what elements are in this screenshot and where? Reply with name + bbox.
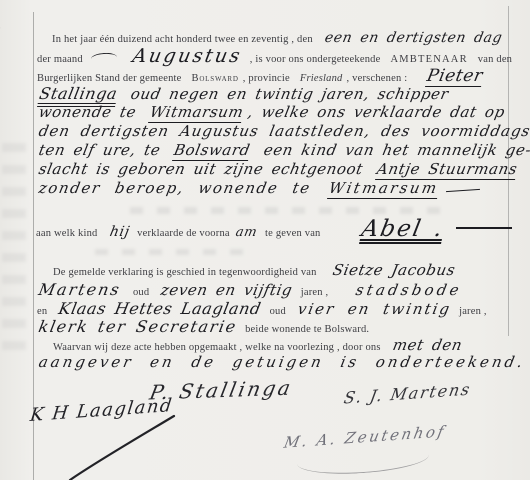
signature-flourish-stroke	[62, 404, 182, 480]
scanned-birth-record: In het jaar één duizend acht honderd twe…	[0, 0, 530, 480]
act-line-mother-residence: zonder beroep, wonende te Witmarsum	[37, 179, 480, 199]
printed-text: en	[37, 306, 47, 317]
handwritten-child-name: Abel .	[359, 220, 446, 244]
handwritten-witness2-name: Klaas Hettes Laagland	[57, 299, 263, 318]
printed-text: van den	[478, 54, 512, 65]
act-line-childname: aan welk kind hij verklaarde de voorna a…	[36, 220, 512, 244]
handwritten-day: een en dertigsten dag	[323, 29, 504, 48]
handwritten-text: wonende te	[37, 103, 138, 122]
act-line-birthdate: den dertigsten Augustus laatstleden, des…	[37, 122, 529, 141]
printed-ambtenaar: AMBTENAAR	[390, 54, 467, 65]
printed-text: , verschenen :	[347, 73, 408, 84]
act-line-residence: wonende te Witmarsum , welke ons verklaa…	[37, 103, 503, 123]
printed-text: , is voor ons ondergeteekende	[250, 54, 381, 65]
printed-text: verklaarde de voorna	[137, 228, 230, 239]
printed-text: jaren ,	[459, 306, 487, 317]
handwritten-witness1-age: zeven en vijftig	[159, 281, 294, 300]
handwritten-witness1-surname: Martens	[37, 280, 123, 299]
signature-witness1: S. J. Martens	[342, 379, 472, 407]
handwritten-text: een kind van het mannelijk ge-	[262, 141, 530, 160]
handwritten-month: Augustus	[131, 47, 244, 66]
bleedthrough-row-1	[130, 207, 450, 214]
bleedthrough-row-2	[95, 249, 245, 255]
handwritten-place: Witmarsum	[148, 103, 245, 123]
printed-text: , provincie	[243, 73, 290, 84]
printed-text: Burgerlijken Stand der gemeente	[37, 73, 182, 84]
printed-text: In het jaar één duizend acht honderd twe…	[52, 34, 313, 45]
act-line-witness-intro: De gemelde verklaring is geschied in teg…	[37, 261, 453, 282]
handwritten-text: zonder beroep, wonende te	[37, 179, 313, 198]
act-line-birthplace: ten elf ure, te Bolsward een kind van he…	[37, 141, 530, 161]
printed-text: oud	[270, 306, 286, 317]
printed-text: oud	[133, 287, 149, 298]
handwritten-place: Witmarsum	[327, 179, 440, 199]
pen-dash	[456, 227, 512, 229]
act-line-mother: slacht is geboren uit zijne echtgenoot A…	[37, 160, 515, 180]
handwritten-age-profession: oud negen en twintig jaren, schipper	[129, 85, 450, 104]
handwritten-text: hij	[108, 223, 131, 242]
handwritten-text: ten elf ure, te	[37, 141, 162, 160]
act-line-year: In het jaar één duizend acht honderd twe…	[52, 28, 500, 49]
handwritten-text: aangever en de getuigen is onderteekend.	[37, 353, 527, 372]
printed-text: Waarvan wij deze acte hebben opgemaakt ,…	[53, 342, 381, 353]
printed-text: De gemelde verklaring is geschied in teg…	[53, 267, 317, 278]
handwritten-mother-name: Antje Stuurmans	[375, 160, 519, 180]
act-line-closing-2: aangever en de getuigen is onderteekend.	[37, 353, 523, 372]
printed-text: aan welk kind	[36, 228, 98, 239]
printed-bolsward: Bolsward	[192, 73, 239, 84]
handwritten-text: am	[234, 223, 259, 242]
handwritten-witness1-firstnames: Sietze Jacobus	[331, 261, 457, 280]
handwritten-witness1-profession: stadsbode	[354, 281, 464, 300]
handwritten-text: , welke ons verklaarde dat op	[246, 103, 507, 122]
scan-edge-blemish	[0, 23, 11, 51]
pen-swash	[91, 52, 118, 64]
pen-tail-stroke	[446, 189, 480, 192]
bleedthrough-left-margin	[2, 140, 26, 350]
handwritten-text: den dertigsten Augustus laatstleden, des…	[37, 122, 530, 141]
printed-text: beide wonende te Bolsward.	[245, 324, 369, 335]
handwritten-text: slacht is geboren uit zijne echtgenoot	[37, 160, 365, 179]
printed-text: der maand	[37, 54, 83, 65]
printed-friesland: Friesland	[300, 73, 343, 84]
printed-text: jaren ,	[301, 287, 329, 298]
handwritten-place: Bolsward	[172, 141, 252, 161]
handwritten-witness2-profession: klerk ter Secretarie	[37, 317, 239, 336]
printed-text: te geven van	[265, 228, 320, 239]
